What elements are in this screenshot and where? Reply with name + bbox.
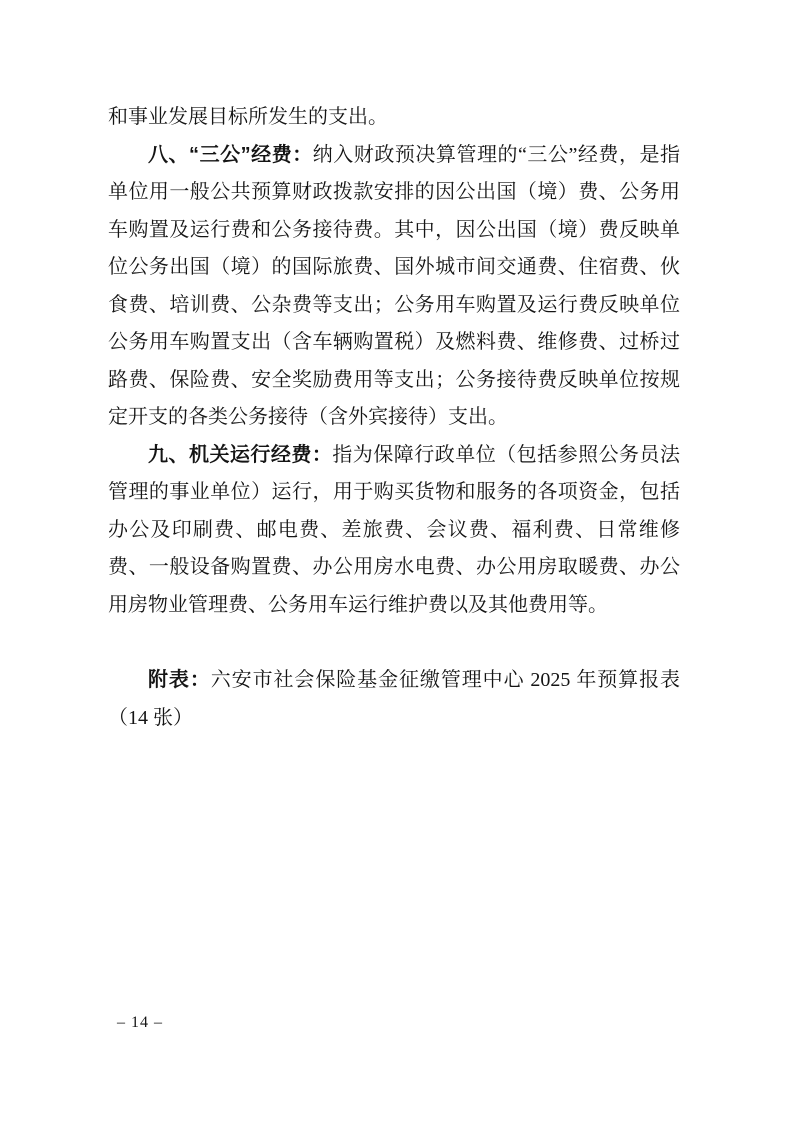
paragraph: 九、机关运行经费：指为保障行政单位（包括参照公务员法管理的事业单位）运行，用于购…: [108, 437, 680, 625]
page-number: – 14 –: [117, 1014, 163, 1032]
heading-run: 九、机关运行经费：: [148, 444, 332, 466]
document-body: 和事业发展目标所发生的支出。八、“三公”经费：纳入财政预决算管理的“三公”经费，…: [108, 99, 680, 737]
text-run: 和事业发展目标所发生的支出。: [108, 106, 388, 128]
paragraph: 八、“三公”经费：纳入财政预决算管理的“三公”经费，是指单位用一般公共预算财政拨…: [108, 137, 680, 437]
paragraph: 附表：六安市社会保险基金征缴管理中心 2025 年预算报表（14 张）: [108, 662, 680, 737]
heading-run: 附表：: [148, 669, 211, 691]
text-run: 纳入财政预决算管理的“三公”经费，是指单位用一般公共预算财政拨款安排的因公出国（…: [108, 144, 680, 429]
document-page: 和事业发展目标所发生的支出。八、“三公”经费：纳入财政预决算管理的“三公”经费，…: [0, 0, 793, 1122]
paragraph: 和事业发展目标所发生的支出。: [108, 99, 680, 137]
heading-run: 八、“三公”经费：: [148, 144, 313, 166]
text-run: 指为保障行政单位（包括参照公务员法管理的事业单位）运行，用于购买货物和服务的各项…: [108, 444, 680, 616]
